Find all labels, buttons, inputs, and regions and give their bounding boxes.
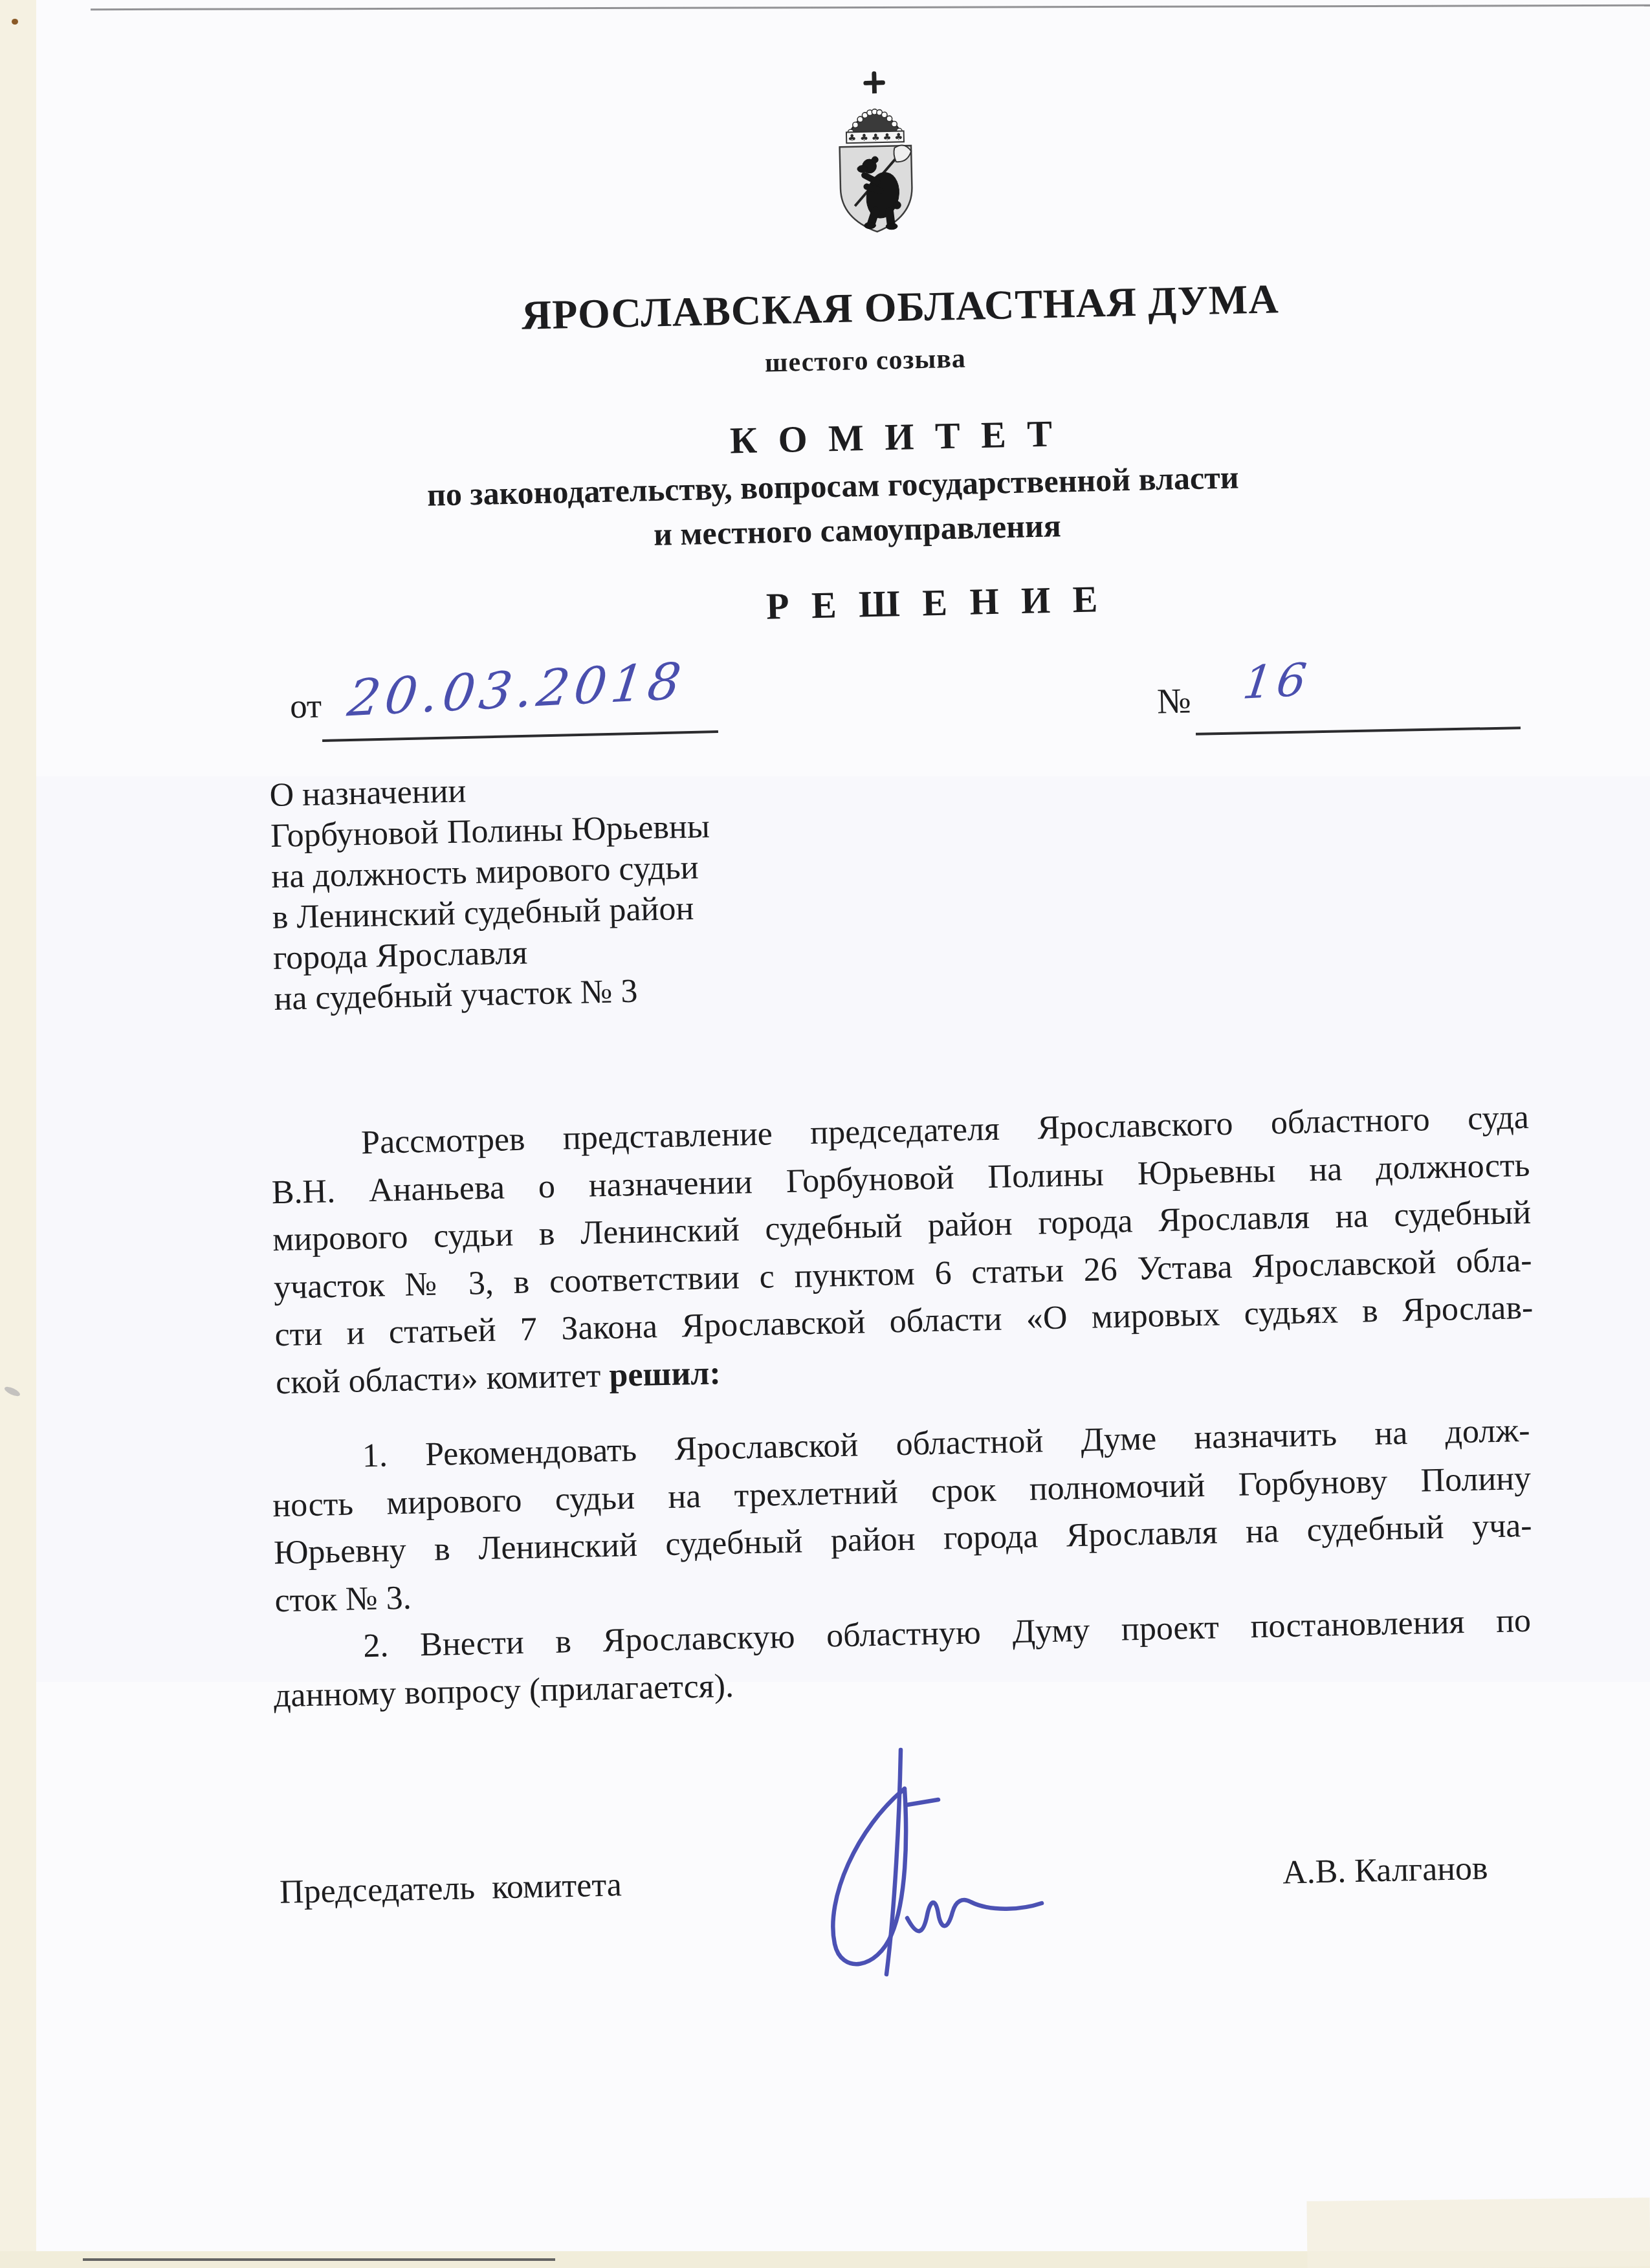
- decision-item-1: 1. Рекомендовать Ярославской областной Д…: [271, 1407, 1534, 1624]
- handwritten-number: 16: [1240, 653, 1314, 709]
- svg-text:♣: ♣: [848, 133, 857, 144]
- preamble-paragraph: Рассмотрев представление председателя Яр…: [270, 1094, 1534, 1406]
- scanned-document-page: ♣♣♣ ♣♣ ЯРОСЛАВСКАЯ ОБЛАСТНАЯ ДУМА шестог…: [0, 0, 1650, 2268]
- signature-ink: [738, 1740, 1074, 1986]
- subject-block: О назначении Горбуновой Полины Юрьевны н…: [269, 759, 986, 1020]
- resolved-keyword: решил:: [609, 1355, 721, 1394]
- svg-text:♣: ♣: [871, 132, 880, 143]
- signer-name: А.В. Калганов: [1282, 1849, 1488, 1892]
- convocation-line: шестого созыва: [765, 343, 967, 379]
- yaroslavl-coat-of-arms-icon: ♣♣♣ ♣♣: [829, 69, 922, 237]
- scan-speck: [12, 19, 18, 25]
- document-type-heading: Р Е Ш Е Н И Е: [765, 577, 1105, 627]
- crown-trefoils: ♣♣♣ ♣♣: [848, 131, 903, 144]
- committee-heading: К О М И Т Е Т: [729, 411, 1058, 462]
- crown-cross: [863, 71, 885, 94]
- date-label: от: [289, 686, 322, 726]
- svg-text:♣: ♣: [860, 133, 869, 144]
- body-line-text: ской области» комитет: [276, 1357, 610, 1401]
- scan-bottom-corner-shade: [1306, 2197, 1650, 2268]
- number-label: №: [1156, 680, 1191, 721]
- svg-text:♣: ♣: [883, 132, 892, 143]
- scan-speck: [3, 1385, 21, 1398]
- signer-title: Председатель комитета: [279, 1866, 622, 1912]
- svg-text:♣: ♣: [894, 131, 903, 142]
- scan-artifact-line: [83, 2258, 555, 2261]
